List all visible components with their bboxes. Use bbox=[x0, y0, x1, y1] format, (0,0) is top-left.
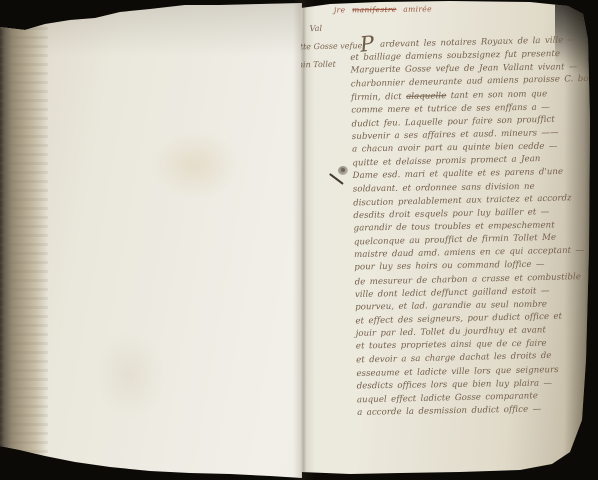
manuscript-photo: jre manifestre amirée ValMargtte Gosse v… bbox=[0, 0, 598, 480]
heading-prefix: jre bbox=[334, 5, 345, 14]
heading-rest: amirée bbox=[403, 4, 432, 13]
ink-blot bbox=[341, 168, 345, 172]
margin-note: Val bbox=[310, 23, 358, 34]
page-heading: jre manifestre amirée bbox=[334, 4, 432, 14]
paper-stain bbox=[95, 330, 165, 420]
paper-stain bbox=[150, 130, 240, 200]
book-fore-edge bbox=[0, 18, 48, 460]
gutter-crease bbox=[293, 0, 315, 480]
heading-struck-word: manifestre bbox=[352, 5, 397, 14]
page-top-shadow bbox=[0, 0, 302, 70]
struck-word: alaquelle bbox=[406, 91, 446, 102]
manuscript-text-block: ardevant les notaires Royaux de la ville… bbox=[350, 35, 583, 420]
